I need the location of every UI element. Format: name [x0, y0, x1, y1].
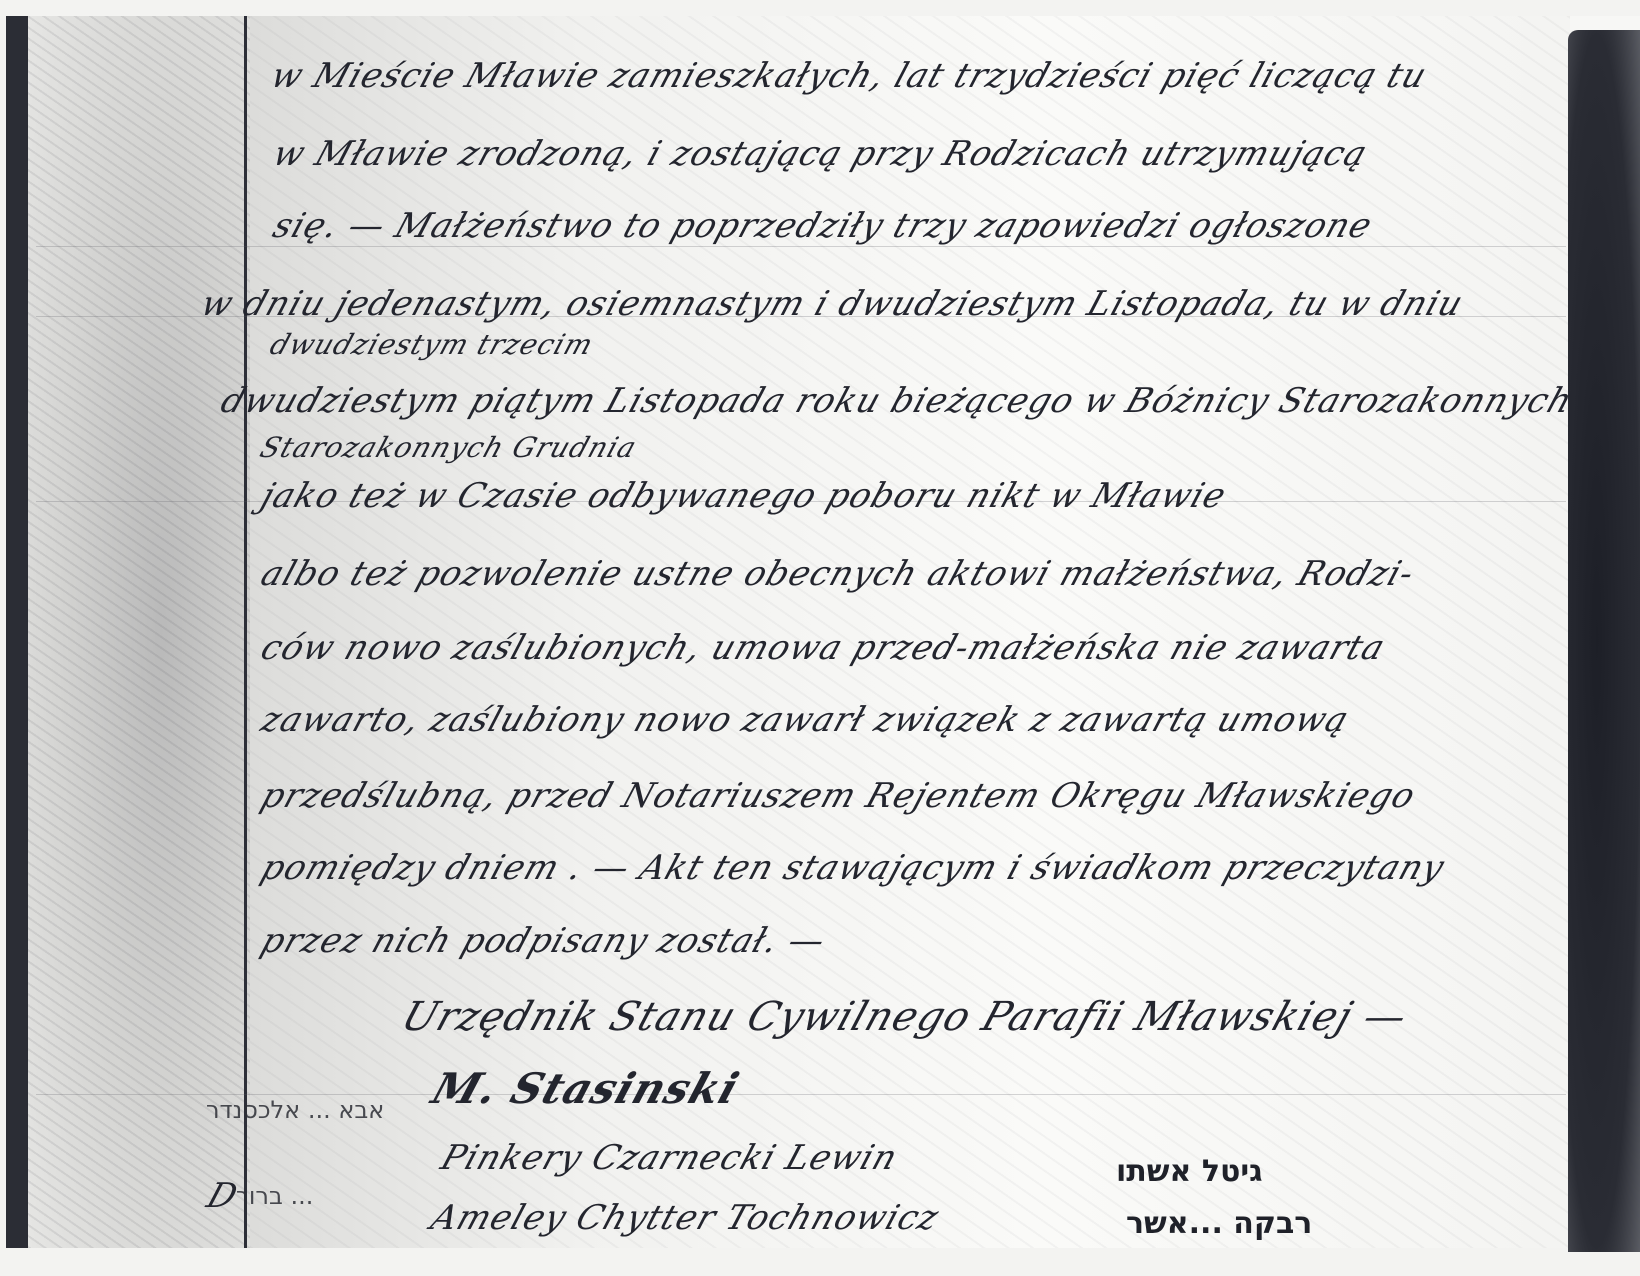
- closing-formula: Urzędnik Stanu Cywilnego Parafii Mławski…: [396, 994, 1413, 1040]
- signature-witness-2: Ameley Chytter Tochnowicz: [426, 1198, 944, 1238]
- body-line-3: się. — Małżeństwo to poprzedziły trzy za…: [268, 206, 1378, 246]
- body-line-1: w Mieście Mławie zamieszkałych, lat trzy…: [266, 56, 1432, 96]
- body-line-9: ców nowo zaślubionych, umowa przed-małże…: [256, 628, 1390, 668]
- body-line-12: pomiędzy dniem . — Akt ten stawającym i …: [256, 848, 1450, 888]
- body-line-11: przedślubną, przed Notariuszem Rejentem …: [256, 776, 1421, 816]
- signature-witness-1: Pinkery Czarnecki Lewin: [436, 1138, 903, 1178]
- body-line-13: przez nich podpisany został. —: [256, 921, 831, 961]
- scanned-document: w Mieście Mławie zamieszkałych, lat trzy…: [6, 16, 1640, 1248]
- left-margin: [28, 16, 250, 1248]
- margin-hebrew-note-1: אבא ... אלכסנדר: [206, 1096, 384, 1124]
- body-line-8: albo też pozwolenie ustne obecnych aktow…: [256, 554, 1420, 594]
- body-line-7: jako też w Czasie odbywanego poboru nikt…: [256, 476, 1232, 516]
- ruled-line: [36, 246, 1566, 247]
- right-shadow-edge: [1568, 30, 1640, 1252]
- ruled-line: [36, 1094, 1566, 1095]
- margin-hebrew-note-2: ... ברוך: [236, 1182, 313, 1210]
- body-line-5: dwudziestym piątym Listopada roku bieżąc…: [216, 381, 1578, 421]
- hebrew-signature-2: רבקה ...אשר: [1126, 1206, 1312, 1241]
- body-line-10: zawarto, zaślubiony nowo zawarł związek …: [256, 700, 1354, 740]
- body-line-6: Starozakonnych Grudnia: [256, 431, 641, 464]
- hebrew-signature-1: גיטל אשתו: [1116, 1154, 1263, 1189]
- margin-rule: [244, 16, 247, 1248]
- signature-official: M. Stasinski: [426, 1064, 745, 1113]
- body-line-2: w Mławie zrodzoną, i zostającą przy Rodz…: [268, 134, 1373, 174]
- interlinear-insertion: dwudziestym trzecim: [266, 328, 598, 361]
- body-line-4: w dniu jedenastym, osiemnastym i dwudzie…: [196, 284, 1469, 324]
- binding-edge: [6, 16, 28, 1248]
